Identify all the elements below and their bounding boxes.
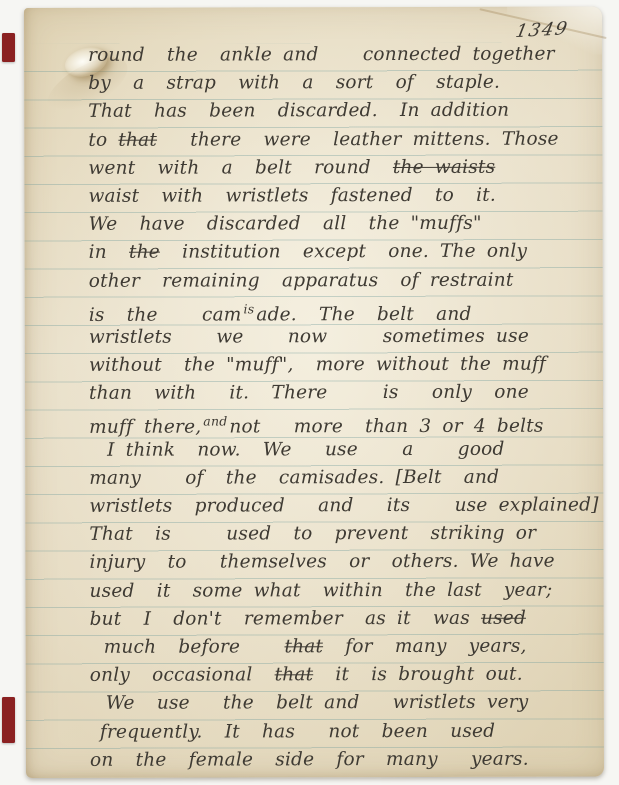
text-segment: wristlets we now sometimes use [89,326,529,348]
text-segment: We use the belt and wristlets very [106,692,529,714]
text-segment: than with it. There is only one [89,382,529,404]
manuscript-line: by a strap with a sort of staple. [88,69,582,98]
manuscript-page: 1349 round the ankle and connected toget… [24,6,604,778]
manuscript-line: round the ankle and connected together [88,41,582,70]
text-segment: used it some what within the last year; [89,579,552,601]
manuscript-line: is the camisade. The belt and [89,294,583,323]
manuscript-line: That has been discarded. In addition [88,97,582,126]
scanned-document: 1349 round the ankle and connected toget… [0,0,619,785]
manuscript-line: much before that for many years, [90,632,584,661]
text-segment: institution except one. The only [160,241,527,263]
text-segment: in [89,242,129,263]
text-segment: is the cam [89,304,242,325]
text-segment: for many years, [323,636,527,658]
text-segment: muff there, [89,417,201,438]
text-segment: only occasional [90,664,275,685]
text-segment: not more than 3 or 4 belts [229,416,543,438]
manuscript-text: round the ankle and connected togetherby… [88,41,584,775]
manuscript-line: to that there were leather mittens. Thos… [88,125,582,154]
text-segment: much before [104,636,285,657]
text-segment: by a strap with a sort of staple. [88,72,500,94]
text-segment: That is used to prevent striking or [89,523,536,545]
manuscript-line: frequently. It has not been used [90,717,584,746]
text-segment: round the ankle and connected together [88,44,555,66]
text-segment: without the "muff", more without the muf… [89,354,546,376]
manuscript-line: I think now. We use a good [89,435,583,464]
manuscript-line: We use the belt and wristlets very [90,689,584,718]
manuscript-line: without the "muff", more without the muf… [89,351,583,380]
manuscript-line: muff there,andnot more than 3 or 4 belts [89,407,583,436]
manuscript-line: That is used to prevent striking or [89,520,583,549]
text-segment: waist with wristlets fastened to it. [88,185,495,207]
text-segment: wristlets produced and its use explained… [89,494,598,516]
struck-word: that [118,129,157,150]
text-segment: frequently. It has not been used [100,720,495,742]
inserted-word: and [203,414,227,429]
red-edge-mark-bottom [2,697,15,743]
text-segment: it is brought out. [313,664,523,686]
manuscript-line: wristlets we now sometimes use [89,322,583,351]
struck-word: the [129,242,160,263]
manuscript-line: but I don't remember as it was used [90,604,584,633]
text-segment: to [88,129,118,150]
struck-word: that [275,664,314,685]
text-segment: ade. The belt and [256,304,471,326]
red-edge-mark-top [2,33,15,62]
struck-word: the waists [393,157,495,178]
text-segment: on the female side for many years. [90,748,529,770]
struck-word: that [284,636,323,657]
manuscript-line: only occasional that it is brought out. [90,661,584,690]
text-segment: We have discarded all the "muffs" [89,213,482,235]
struck-word: used [481,607,526,628]
manuscript-line: on the female side for many years. [90,745,584,774]
inserted-word: is [244,301,255,316]
manuscript-line: other remaining apparatus of restraint [89,266,583,295]
text-segment: I think now. We use a good [107,438,504,460]
manuscript-line: We have discarded all the "muffs" [89,210,583,239]
manuscript-line: wristlets produced and its use explained… [89,492,583,521]
text-segment: went with a belt round [88,157,393,179]
text-segment: many of the camisades. [Belt and [89,467,499,489]
manuscript-line: injury to themselves or others. We have [89,548,583,577]
text-segment: there were leather mittens. Those [157,128,559,150]
page-number: 1349 [514,18,570,42]
text-segment: other remaining apparatus of restraint [89,269,514,291]
manuscript-line: used it some what within the last year; [89,576,583,605]
text-segment: That has been discarded. In addition [88,100,509,122]
text-segment: injury to themselves or others. We have [89,551,554,573]
manuscript-line: waist with wristlets fastened to it. [88,181,582,210]
manuscript-line: in the institution except one. The only [89,238,583,267]
manuscript-line: went with a belt round the waists [88,153,582,182]
text-segment: but I don't remember as it was [90,608,481,630]
manuscript-line: many of the camisades. [Belt and [89,463,583,492]
manuscript-line: than with it. There is only one [89,379,583,408]
